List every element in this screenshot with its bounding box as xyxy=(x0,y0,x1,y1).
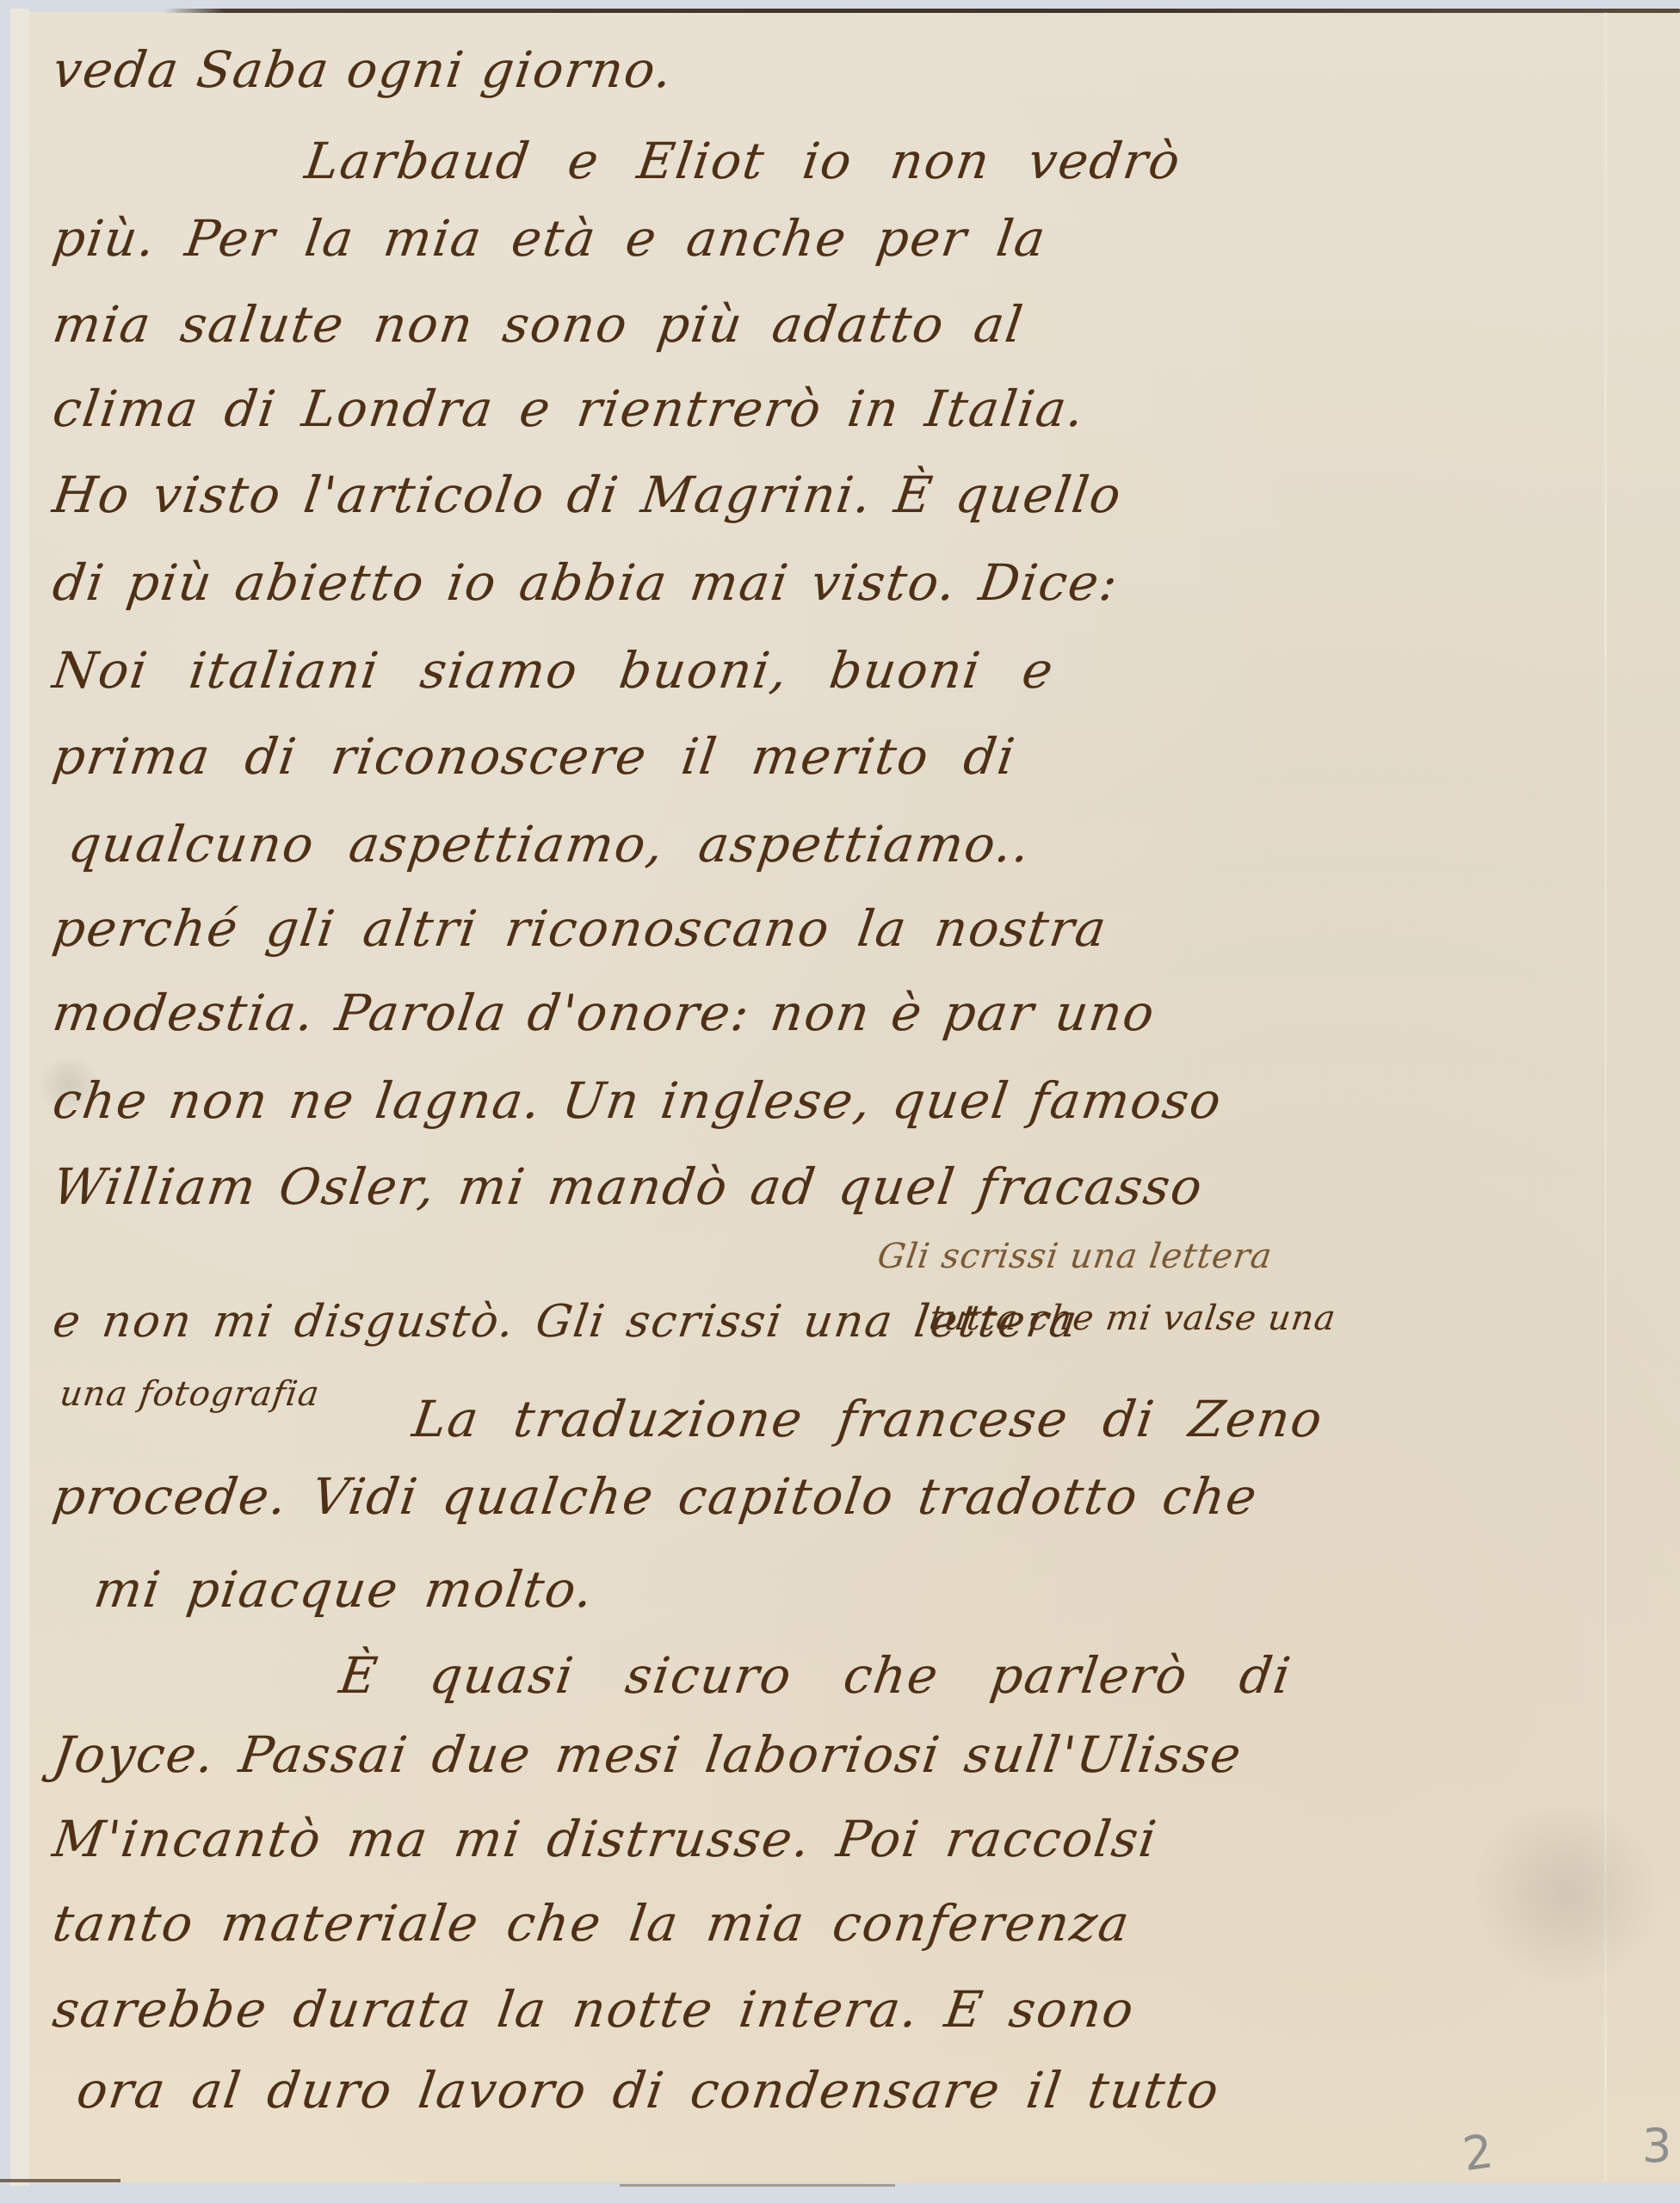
text-line: prima di riconoscere il merito di xyxy=(50,731,1019,781)
text-line: sarebbe durata la notte intera. E sono xyxy=(50,1984,1138,2034)
text-line: ora al duro lavoro di condensare il tutt… xyxy=(74,2065,1223,2115)
text-line: William Osler, mi mandò ad quel fracasso xyxy=(50,1162,1207,1212)
text-line: mia salute non sono più adatto al xyxy=(50,299,1027,349)
interlinear-note: Gli scrissi una lettera xyxy=(875,1239,1275,1274)
text-line: di più abietto io abbia mai visto. Dice: xyxy=(50,558,1122,608)
text-line: che non ne lagna. Un inglese, quel famos… xyxy=(50,1076,1226,1126)
text-line: Noi italiani siamo buoni, buoni e xyxy=(50,645,1058,695)
text-line: M'incantò ma mi distrusse. Poi raccolsi xyxy=(50,1814,1161,1864)
paper-bottom-edge-mark xyxy=(620,2184,895,2187)
paper-bottom-edge xyxy=(0,2179,120,2182)
text-line: Joyce. Passai due mesi laboriosi sull'Ul… xyxy=(50,1730,1245,1780)
text-line: procede. Vidi qualche capitolo tradotto … xyxy=(50,1472,1261,1521)
text-line: una fotografia xyxy=(58,1377,322,1411)
interlinear-note: tutta che mi valse una xyxy=(927,1301,1338,1336)
text-line: più. Per la mia età e anche per la xyxy=(50,213,1050,263)
page-number-right: 3 xyxy=(1642,2119,1671,2173)
text-line: Larbaud e Eliot io non vedrò xyxy=(302,136,1184,186)
paper-top-edge xyxy=(164,9,1680,13)
text-line: perché gli altri riconoscano la nostra xyxy=(50,904,1110,953)
text-line: modestia. Parola d'onore: non è par uno xyxy=(50,988,1158,1038)
text-line: Ho visto l'articolo di Magrini. È quello xyxy=(50,470,1126,520)
text-line: qualcuno aspettiamo, aspettiamo.. xyxy=(65,819,1035,869)
text-line: È quasi sicuro che parlerò di xyxy=(337,1651,1295,1700)
text-line: mi piacque molto. xyxy=(91,1564,597,1614)
text-line: veda Saba ogni giorno. xyxy=(50,45,676,95)
text-line: clima di Londra e rientrerò in Italia. xyxy=(50,384,1089,434)
mount-left-strip xyxy=(10,9,29,2186)
text-line: tanto materiale che la mia conferenza xyxy=(50,1898,1133,1948)
text-line: La traduzione francese di Zeno xyxy=(410,1394,1326,1444)
ink-stain xyxy=(1463,1807,1670,1979)
